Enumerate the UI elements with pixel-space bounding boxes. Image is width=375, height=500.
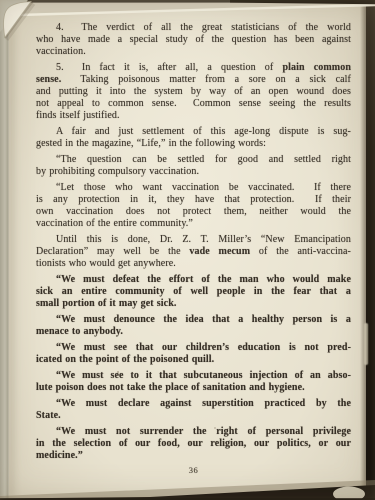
text-line: sense. Taking poisonous matter from a so… (36, 74, 351, 86)
page-text: 4. The verdict of all the great statisti… (36, 22, 351, 466)
text-segment: by prohibiting compulsory vaccination. (36, 166, 199, 177)
paragraph: A fair and just settlement of this age-l… (36, 126, 351, 150)
text-segment: “The question can be settled for good an… (56, 154, 351, 165)
text-segment: plain common (282, 62, 351, 73)
text-line: Declaration” may well be the vade mecum … (36, 246, 351, 258)
text-line: is any protection in it, they have that … (36, 194, 351, 206)
text-segment: gested in the magazine, “Life,” in the f… (36, 138, 266, 149)
text-segment: State. (36, 410, 61, 421)
paragraph: 4. The verdict of all the great statisti… (36, 22, 351, 58)
text-segment: “Let those who want vaccination be vacci… (56, 182, 351, 193)
text-segment: medicine.” (36, 450, 83, 461)
text-line: not appeal to common sense. Common sense… (36, 98, 351, 110)
text-line: in the selection of our food, our religi… (36, 438, 351, 450)
paragraph: 5. In fact it is, after all, a question … (36, 62, 351, 122)
text-segment: of the anti-vaccina- (250, 246, 351, 257)
paragraph: “We must see that our children’s educati… (36, 342, 351, 366)
text-line: sick an entire community of well people … (36, 286, 351, 298)
text-line: finds itself justified. (36, 110, 351, 122)
paragraph: “We must declare against superstition pr… (36, 398, 351, 422)
paragraph: “We must not surrender the right of pers… (36, 426, 351, 462)
text-segment: menace to anybody. (36, 326, 123, 337)
text-line: A fair and just settlement of this age-l… (36, 126, 351, 138)
text-segment: 5. In fact it is, after all, a question … (56, 62, 282, 73)
text-segment: finds itself justified. (36, 110, 120, 121)
paragraph: “We must see to it that subcutaneous inj… (36, 370, 351, 394)
paragraph: “The question can be settled for good an… (36, 154, 351, 178)
text-segment: Taking poisonous matter from a sore on a… (61, 74, 351, 85)
paragraph: “We must denounce the idea that a health… (36, 314, 351, 338)
text-line: “Let those who want vaccination be vacci… (36, 182, 351, 194)
text-segment: “We must defeat the effort of the man wh… (56, 274, 351, 285)
text-line: “We must see that our children’s educati… (36, 342, 351, 354)
text-segment: “We must not surrender the right of pers… (56, 426, 351, 437)
paragraph: “Let those who want vaccination be vacci… (36, 182, 351, 230)
text-segment: who have made a special study of the que… (36, 34, 351, 45)
text-segment: 4. The verdict of all the great statisti… (56, 22, 351, 33)
text-line: “We must defeat the effort of the man wh… (36, 274, 351, 286)
text-line: Until this is done, Dr. Z. T. Miller’s “… (36, 234, 351, 246)
paragraph: “We must defeat the effort of the man wh… (36, 274, 351, 310)
text-segment: vaccination. (36, 46, 86, 57)
text-line: by prohibiting compulsory vaccination. (36, 166, 351, 178)
page-top-edge (0, 0, 375, 20)
text-line: State. (36, 410, 351, 422)
text-segment: sick an entire community of well people … (36, 286, 351, 297)
right-page-edge-highlight (364, 323, 368, 365)
text-line: menace to anybody. (36, 326, 351, 338)
text-segment: small portion of it may get sick. (36, 298, 176, 309)
text-segment: lute poison does not take the place of s… (36, 382, 305, 393)
scanned-book-page: 4. The verdict of all the great statisti… (0, 0, 375, 500)
photo-bottom-edge (0, 472, 375, 500)
text-line: 5. In fact it is, after all, a question … (36, 62, 351, 74)
text-segment: Declaration” may well be the (36, 246, 189, 257)
page-number: 36 (36, 465, 351, 475)
text-segment: and putting it into the system by way of… (36, 86, 351, 97)
text-segment: “We must see that our children’s educati… (56, 342, 351, 353)
text-line: own vaccination does not protect them, n… (36, 206, 351, 218)
text-line: “We must not surrender the right of pers… (36, 426, 351, 438)
text-segment: vade mecum (189, 246, 250, 257)
text-segment: is any protection in it, they have that … (36, 194, 351, 205)
text-line: “We must denounce the idea that a health… (36, 314, 351, 326)
left-page-edge (0, 0, 9, 500)
photo-dark-edge-right (366, 0, 375, 500)
paragraph: Until this is done, Dr. Z. T. Miller’s “… (36, 234, 351, 270)
text-segment: “We must see to it that subcutaneous inj… (56, 370, 351, 381)
text-line: vaccination of the entire community.” (36, 218, 351, 230)
text-segment: in the selection of our food, our religi… (36, 438, 351, 449)
text-segment: A fair and just settlement of this age-l… (56, 126, 351, 137)
text-segment: Until this is done, Dr. Z. T. Miller’s “… (56, 234, 351, 245)
text-segment: “We must declare against superstition pr… (56, 398, 351, 409)
text-segment: not appeal to common sense. Common sense… (36, 98, 351, 109)
text-line: vaccination. (36, 46, 351, 58)
text-line: tionists who would get anywhere. (36, 258, 351, 270)
text-segment: own vaccination does not protect them, n… (36, 206, 351, 217)
text-line: “We must declare against superstition pr… (36, 398, 351, 410)
text-line: “We must see to it that subcutaneous inj… (36, 370, 351, 382)
text-segment: sense. (36, 74, 61, 85)
text-segment: icated on the point of the poisoned quil… (36, 354, 214, 365)
text-line: 4. The verdict of all the great statisti… (36, 22, 351, 34)
text-segment: “We must denounce the idea that a health… (56, 314, 351, 325)
text-segment: tionists who would get anywhere. (36, 258, 176, 269)
text-line: icated on the point of the poisoned quil… (36, 354, 351, 366)
text-line: gested in the magazine, “Life,” in the f… (36, 138, 351, 150)
text-line: lute poison does not take the place of s… (36, 382, 351, 394)
text-line: and putting it into the system by way of… (36, 86, 351, 98)
text-line: “The question can be settled for good an… (36, 154, 351, 166)
text-line: small portion of it may get sick. (36, 298, 351, 310)
text-line: who have made a special study of the que… (36, 34, 351, 46)
text-line: medicine.” (36, 450, 351, 462)
text-segment: vaccination of the entire community.” (36, 218, 193, 229)
